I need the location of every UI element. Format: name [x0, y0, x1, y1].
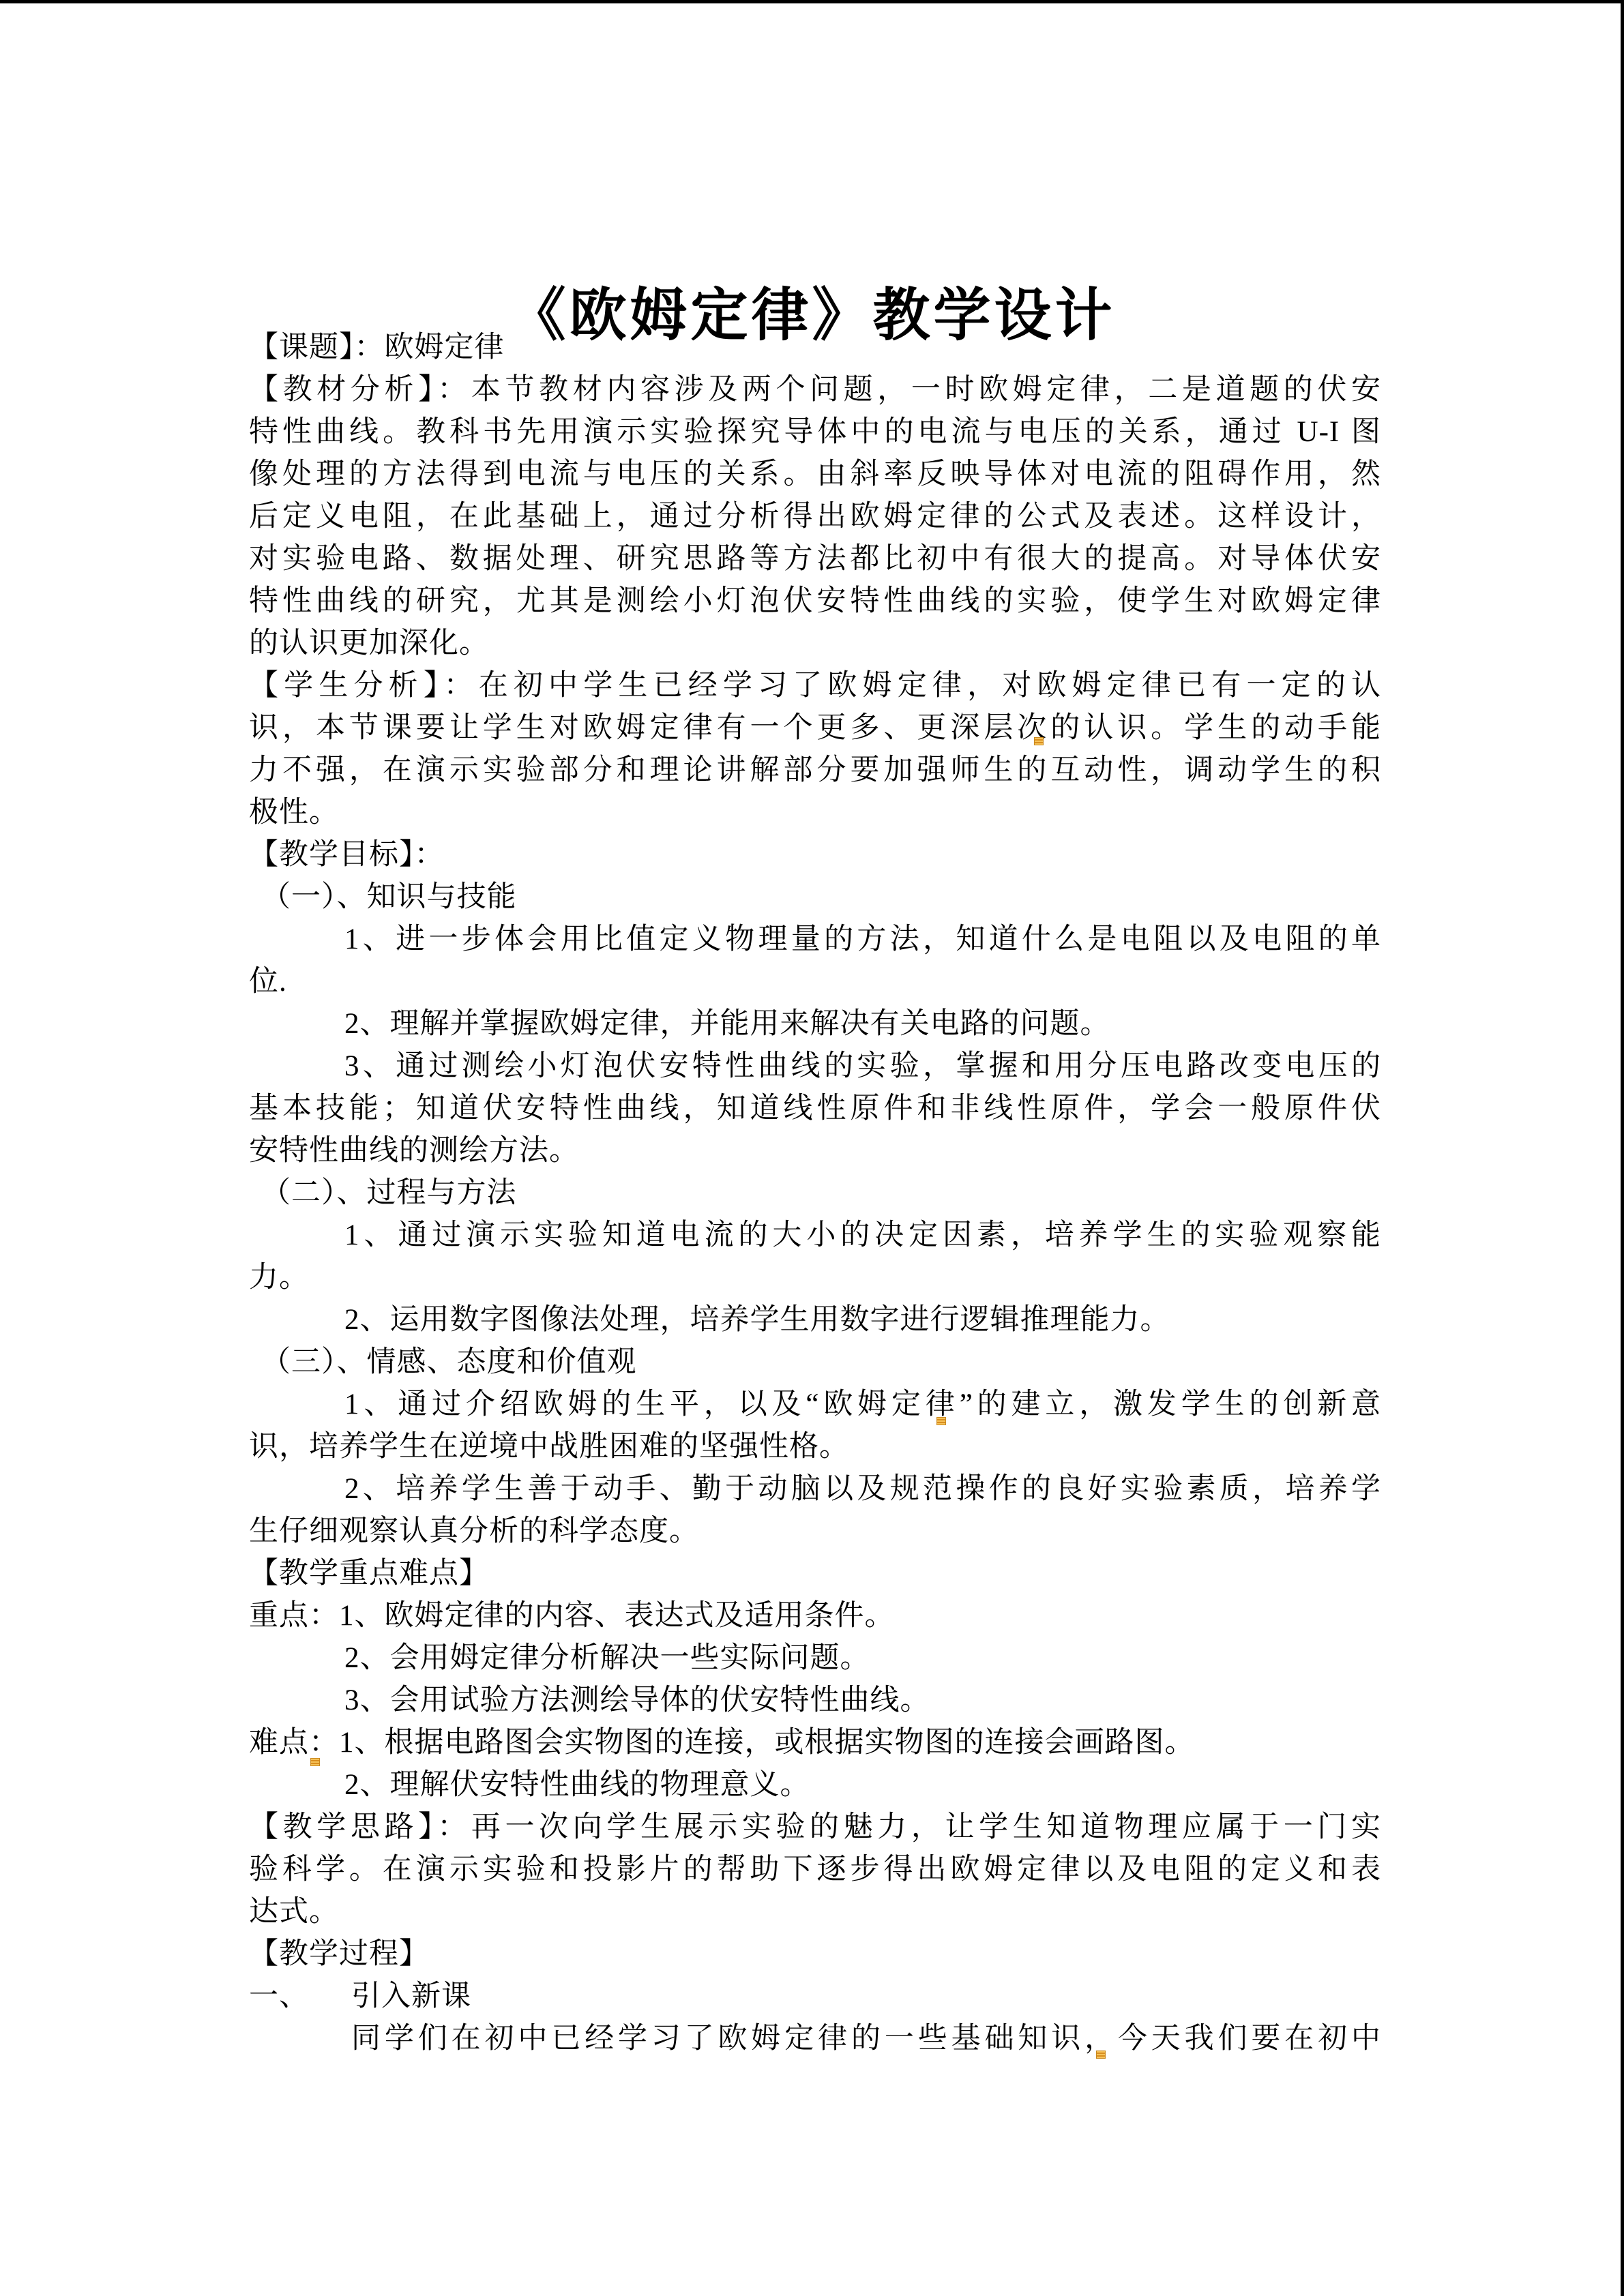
text-line: 3、通过测绘小灯泡伏安特性曲线的实验，掌握和用分压电路改变电压的 [249, 1045, 1381, 1088]
text-line: 重点：1、欧姆定律的内容、表达式及适用条件。 [249, 1595, 1381, 1637]
text-line: 对实验电路、数据处理、研究思路等方法都比初中有很大的提高。对导体伏安 [249, 538, 1381, 580]
list-marker: 一、 [249, 1976, 351, 2018]
text-line: 力。 [249, 1257, 1381, 1299]
text-line: （二）、过程与方法 [249, 1172, 1381, 1214]
text-line: 后定义电阻，在此基础上，通过分析得出欧姆定律的公式及表述。这样设计， [249, 496, 1381, 538]
text-line: 特性曲线的研究，尤其是测绘小灯泡伏安特性曲线的实验，使学生对欧姆定律 [249, 580, 1381, 623]
text-line: 2、理解并掌握欧姆定律，并能用来解决有关电路的问题。 [249, 1003, 1381, 1045]
text-line: 特性曲线。教科书先用演示实验探究导体中的电流与电压的关系，通过 U-I 图 [249, 411, 1381, 453]
text-line: 2、理解伏安特性曲线的物理意义。 [249, 1764, 1381, 1806]
text-line: （三）、情感、态度和价值观 [249, 1341, 1381, 1384]
text-line: 2、运用数字图像法处理，培养学生用数字进行逻辑推理能力。 [249, 1299, 1381, 1341]
text-line: 识，本节课要让学生对欧姆定律有一个更多、更深层次的认识。学生的动手能 [249, 707, 1381, 749]
text-line: 2、培养学生善于动手、勤于动脑以及规范操作的良好实验素质，培养学 [249, 1468, 1381, 1510]
line-text: 引入新课 [351, 1980, 471, 2012]
text-line: 【教学思路】：再一次向学生展示实验的魅力，让学生知道物理应属于一门实 [249, 1806, 1381, 1849]
text-line: 3、会用试验方法测绘导体的伏安特性曲线。 [249, 1680, 1381, 1722]
proofing-annotation-mark [937, 1418, 945, 1425]
text-line: 达式。 [249, 1891, 1381, 1933]
text-line: 1、进一步体会用比值定义物理量的方法，知道什么是电阻以及电阻的单 [249, 919, 1381, 961]
text-line: 力不强，在演示实验部分和理论讲解部分要加强师生的互动性，调动学生的积 [249, 749, 1381, 792]
text-line: 【教学过程】 [249, 1933, 1381, 1976]
text-line: 难点：1、根据电路图会实物图的连接，或根据实物图的连接会画路图。 [249, 1722, 1381, 1764]
page-top-border [0, 0, 1624, 3]
document-page: 《欧姆定律》教学设计 【课题】：欧姆定律【教材分析】：本节教材内容涉及两个问题，… [0, 0, 1624, 2296]
text-line: 【教学目标】： [249, 834, 1381, 876]
text-line: 【课题】：欧姆定律 [249, 327, 1381, 369]
text-line: 极性。 [249, 792, 1381, 834]
text-line: 1、通过介绍欧姆的生平，以及“欧姆定律”的建立，激发学生的创新意 [249, 1384, 1381, 1426]
text-line: 识，培养学生在逆境中战胜困难的坚强性格。 [249, 1426, 1381, 1468]
proofing-annotation-mark [1097, 2051, 1105, 2058]
text-line: 位. [249, 961, 1381, 1003]
text-line: 一、引入新课 [249, 1976, 1381, 2018]
document-body: 【课题】：欧姆定律【教材分析】：本节教材内容涉及两个问题，一时欧姆定律，二是道题… [249, 327, 1381, 2060]
text-line: 同学们在初中已经学习了欧姆定律的一些基础知识，今天我们要在初中 [249, 2018, 1381, 2060]
text-line: 像处理的方法得到电流与电压的关系。由斜率反映导体对电流的阻碍作用，然 [249, 453, 1381, 496]
text-line: 的认识更加深化。 [249, 623, 1381, 665]
text-line: 1、通过演示实验知道电流的大小的决定因素，培养学生的实验观察能 [249, 1214, 1381, 1257]
text-line: 2、会用姆定律分析解决一些实际问题。 [249, 1637, 1381, 1680]
text-line: 基本技能；知道伏安特性曲线，知道线性原件和非线性原件，学会一般原件伏 [249, 1088, 1381, 1130]
text-line: （一）、知识与技能 [249, 876, 1381, 919]
text-line: 【学生分析】：在初中学生已经学习了欧姆定律，对欧姆定律已有一定的认 [249, 665, 1381, 707]
text-line: 【教学重点难点】 [249, 1553, 1381, 1595]
proofing-annotation-mark [1035, 738, 1043, 745]
text-line: 安特性曲线的测绘方法。 [249, 1130, 1381, 1172]
text-line: 生仔细观察认真分析的科学态度。 [249, 1510, 1381, 1553]
text-line: 验科学。在演示实验和投影片的帮助下逐步得出欧姆定律以及电阻的定义和表 [249, 1849, 1381, 1891]
proofing-annotation-mark [311, 1759, 319, 1765]
text-line: 【教材分析】：本节教材内容涉及两个问题，一时欧姆定律，二是道题的伏安 [249, 369, 1381, 411]
